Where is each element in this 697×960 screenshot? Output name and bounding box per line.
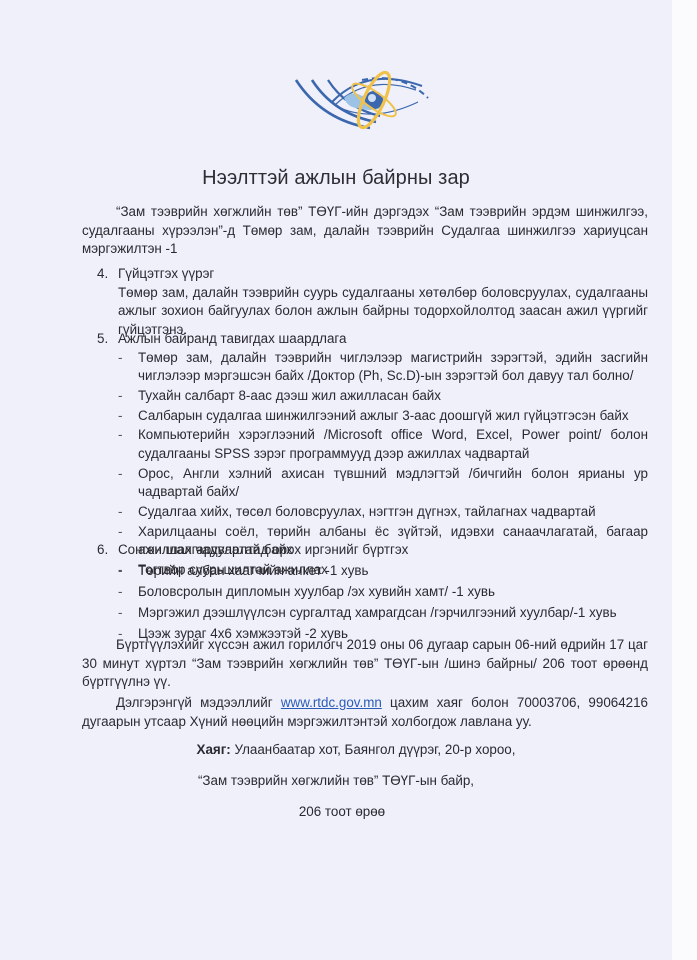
dash-bullet-icon: - xyxy=(118,503,122,522)
section-heading: Сонгон шалгаруулалтад орох иргэнийг бүрт… xyxy=(97,541,648,560)
list-item: -Төрийн албан хаагчийн анкет -1 хувь xyxy=(118,562,648,581)
section-number: 4. xyxy=(97,265,117,284)
list-item: -Компьютерийн хэрэглээний /Microsoft off… xyxy=(118,426,648,463)
address-label: Хаяг: xyxy=(197,742,231,757)
section-registration-documents: 6. Сонгон шалгаруулалтад орох иргэнийг б… xyxy=(97,541,648,646)
registration-paragraph: Бүртгүүлэхийг хүссэн ажил горилогч 2019 … xyxy=(82,636,648,692)
address-line-1: Хаяг: Улаанбаатар хот, Баянгол дүүрэг, 2… xyxy=(20,741,692,759)
list-item: -Салбарын судалгаа шинжилгээний ажлыг 3-… xyxy=(118,407,648,426)
dash-bullet-icon: - xyxy=(118,523,122,542)
section-heading: Гүйцэтгэх үүрэг xyxy=(97,265,648,284)
section-number: 6. xyxy=(97,541,117,560)
section-heading: Ажлын байранд тавигдах шаардлага xyxy=(97,330,648,349)
list-item: -Боловсролын дипломын хуулбар /эх хувийн… xyxy=(118,583,648,602)
address-line-2: “Зам тээврийн хөгжлийн төв” ТӨҮГ-ын байр… xyxy=(0,772,672,790)
intro-paragraph: “Зам тээврийн хөгжлийн төв” ТӨҮГ-ийн дэр… xyxy=(82,203,648,259)
list-item: -Төмөр зам, далайн тээврийн чиглэлээр ма… xyxy=(118,349,648,386)
documents-list: -Төрийн албан хаагчийн анкет -1 хувь -Бо… xyxy=(97,562,648,644)
list-item: -Судалгаа хийх, төсөл боловсруулах, нэгт… xyxy=(118,503,648,522)
list-item: -Орос, Англи хэлний ахисан түвшний мэдлэ… xyxy=(118,465,648,502)
list-item: -Тухайн салбарт 8-аас дээш жил ажилласан… xyxy=(118,387,648,406)
dash-bullet-icon: - xyxy=(118,465,122,484)
dash-bullet-icon: - xyxy=(118,387,122,406)
eye-atom-logo-icon xyxy=(292,62,432,144)
page-title: Нээлттэй ажлын байрны зар xyxy=(0,167,672,190)
dash-bullet-icon: - xyxy=(118,604,122,623)
website-link[interactable]: www.rtdc.gov.mn xyxy=(281,695,382,710)
dash-bullet-icon: - xyxy=(118,407,122,426)
dash-bullet-icon: - xyxy=(118,583,122,602)
document-page: Нээлттэй ажлын байрны зар “Зам тээврийн … xyxy=(0,0,672,960)
dash-bullet-icon: - xyxy=(118,349,122,368)
section-number: 5. xyxy=(97,330,117,349)
list-item: -Мэргэжил дээшлүүлсэн сургалтад хамрагдс… xyxy=(118,604,648,623)
dash-bullet-icon: - xyxy=(118,562,122,581)
dash-bullet-icon: - xyxy=(118,426,122,445)
section-duties: 4. Гүйцэтгэх үүрэг Төмөр зам, далайн тээ… xyxy=(97,265,648,339)
address-line-3: 206 тоот өрөө xyxy=(6,803,678,821)
info-paragraph: Дэлгэрэнгүй мэдээллийг www.rtdc.gov.mn ц… xyxy=(82,694,648,731)
